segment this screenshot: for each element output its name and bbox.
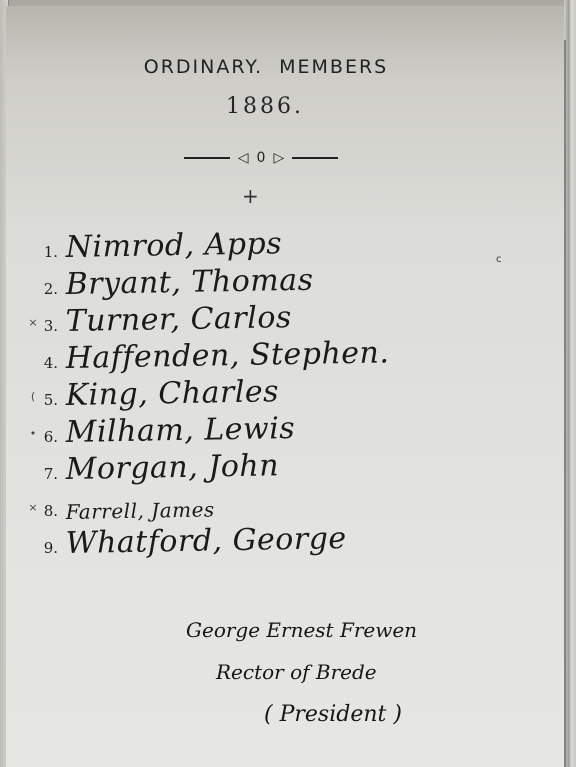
heading-word-members: MEMBERS bbox=[279, 56, 388, 78]
stray-ink-mark: c bbox=[496, 254, 502, 265]
member-name: Milham, Lewis bbox=[65, 412, 295, 450]
ornament-center-icon: 0 bbox=[257, 150, 266, 166]
member-number: 9. bbox=[26, 539, 66, 557]
document-photo: ORDINARY.MEMBERS 1886. ◁ 0 ▷ + c 1. Nimr… bbox=[0, 0, 576, 767]
ornament-rule-right bbox=[292, 157, 338, 159]
heading-word-ordinary: ORDINARY. bbox=[144, 56, 263, 78]
member-number: 7. bbox=[26, 465, 66, 483]
signatory-title: Rector of Brede bbox=[216, 660, 377, 684]
member-entry: 7. Morgan, John bbox=[26, 450, 496, 487]
member-entry: × 3. Turner, Carlos bbox=[26, 302, 496, 339]
member-entry: • 6. Milham, Lewis bbox=[26, 413, 496, 450]
margin-mark: × bbox=[26, 316, 40, 329]
ornament-rule-left bbox=[184, 157, 230, 159]
cross-icon: + bbox=[242, 184, 259, 208]
member-name: Haffenden, Stephen. bbox=[65, 336, 389, 376]
member-entry: 2. Bryant, Thomas bbox=[26, 265, 496, 302]
ornament-divider: ◁ 0 ▷ bbox=[166, 146, 356, 170]
member-name: King, Charles bbox=[65, 375, 279, 413]
register-page: ORDINARY.MEMBERS 1886. ◁ 0 ▷ + c 1. Nimr… bbox=[6, 6, 566, 767]
member-name: Nimrod, Apps bbox=[65, 227, 282, 265]
binding-line bbox=[564, 40, 566, 767]
ornament-right-arrow-icon: ▷ bbox=[273, 150, 284, 166]
ornament-left-arrow-icon: ◁ bbox=[238, 150, 249, 166]
member-number: 4. bbox=[26, 354, 66, 372]
member-name: Bryant, Thomas bbox=[65, 264, 313, 302]
member-entry: 1. Nimrod, Apps bbox=[26, 228, 496, 265]
member-name: Farrell, James bbox=[66, 497, 215, 524]
year-label: 1886. bbox=[226, 94, 304, 119]
member-number: 2. bbox=[26, 280, 66, 298]
signatory-role: ( President ) bbox=[264, 702, 402, 727]
margin-mark: • bbox=[26, 427, 40, 440]
member-name: Turner, Carlos bbox=[65, 301, 292, 339]
member-entry: ( 5. King, Charles bbox=[26, 376, 496, 413]
member-number: 1. bbox=[26, 243, 66, 261]
members-list: 1. Nimrod, Apps 2. Bryant, Thomas × 3. T… bbox=[26, 228, 496, 561]
margin-mark: ( bbox=[26, 390, 40, 403]
member-entry: × 8. Farrell, James bbox=[26, 487, 496, 524]
member-name: Morgan, John bbox=[65, 449, 279, 487]
member-name: Whatford, George bbox=[65, 522, 347, 561]
signatory-name: George Ernest Frewen bbox=[186, 618, 417, 642]
page-heading: ORDINARY.MEMBERS bbox=[126, 56, 406, 78]
member-entry: 4. Haffenden, Stephen. bbox=[26, 339, 496, 376]
member-entry: 9. Whatford, George bbox=[26, 524, 496, 561]
margin-mark: × bbox=[26, 501, 40, 514]
